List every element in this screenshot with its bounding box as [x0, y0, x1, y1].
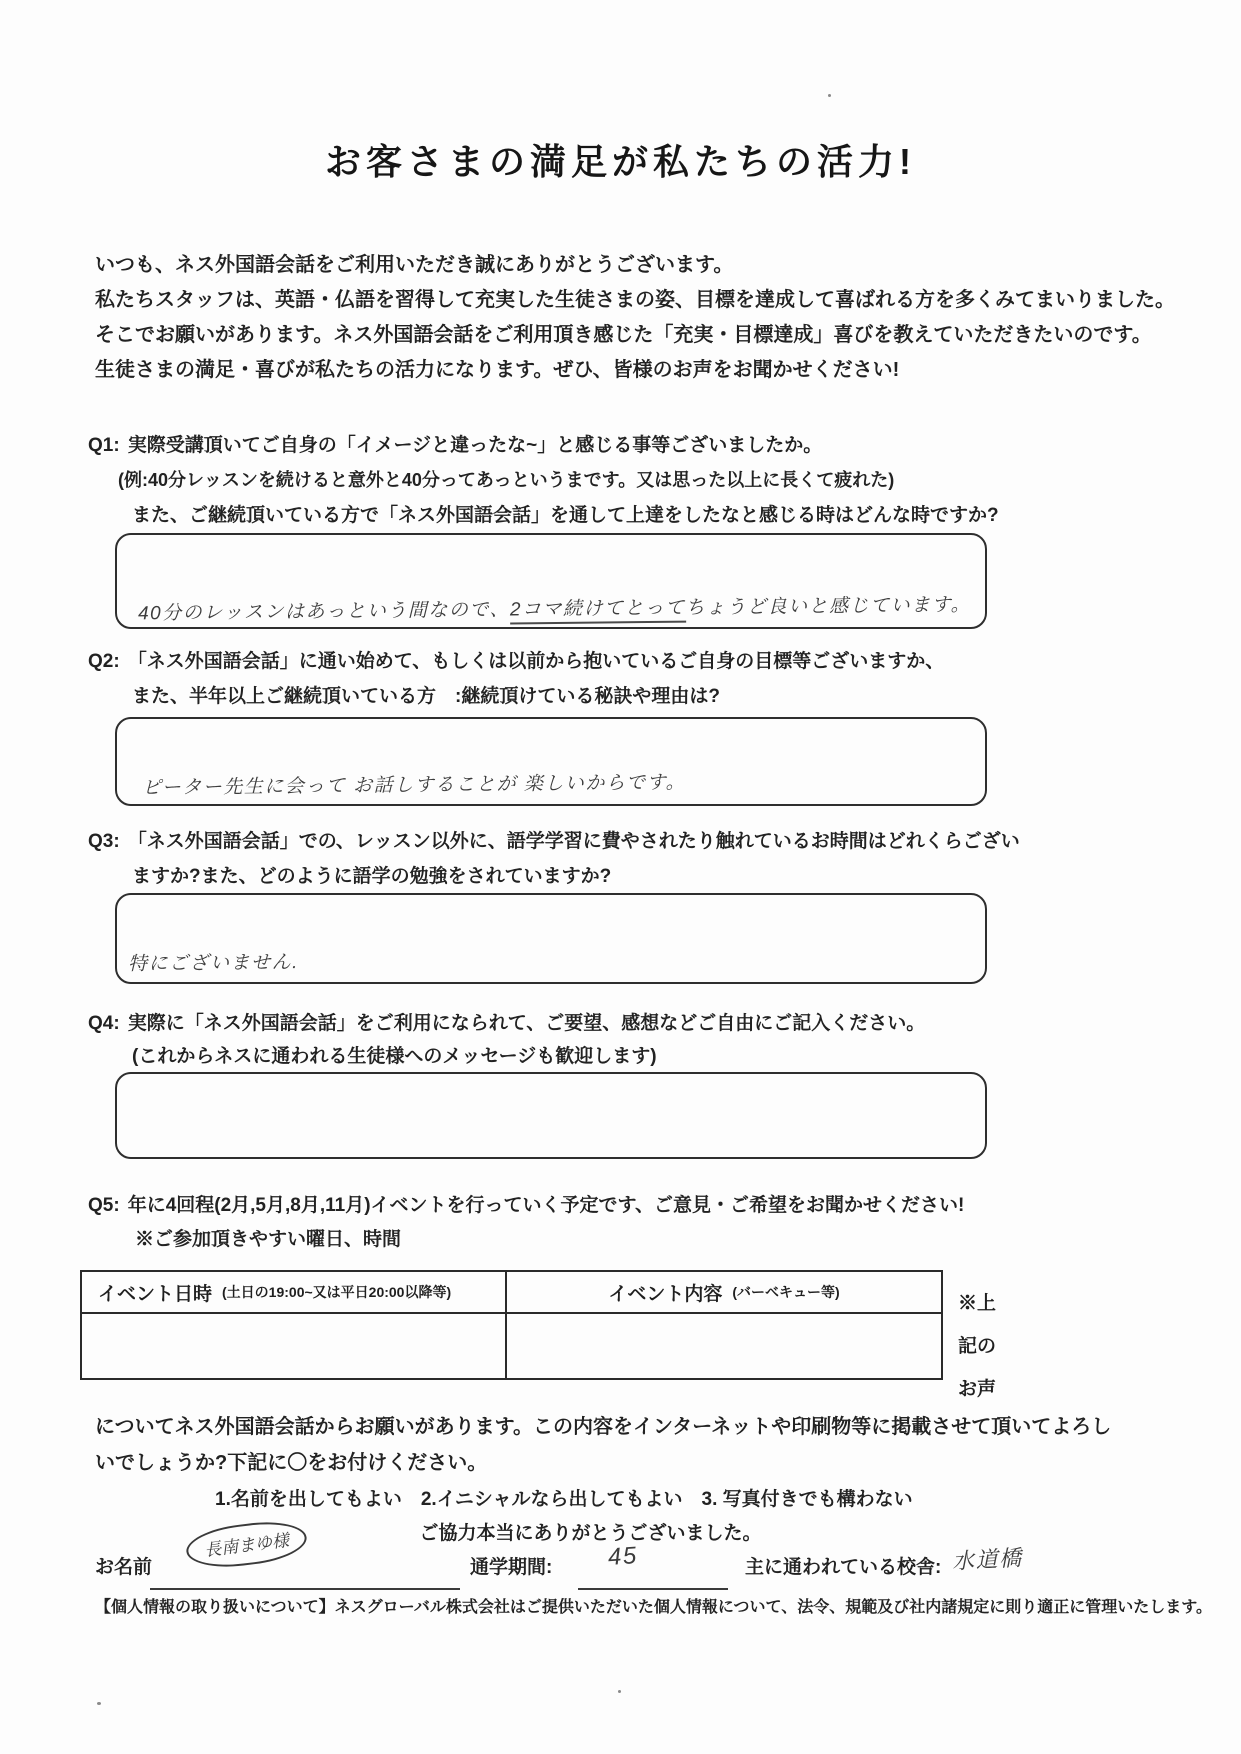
side-note-line-3: お声 [958, 1374, 996, 1401]
event-table-side-note: ※上 記の お声 [958, 1288, 996, 1417]
thanks-line: ご協力本当にありがとうございました。 [0, 1518, 1181, 1545]
q5-label: Q5: [88, 1195, 120, 1216]
event-date-header: イベント日時 [98, 1279, 212, 1306]
scanned-questionnaire: お客さまの満足が私たちの活力! いつも、ネス外国語会話をご利用いただき誠にありが… [0, 0, 1241, 1754]
q4-question-text: 実際に「ネス外国語会話」をご利用になられて、ご要望、感想などご自由にご記入くださ… [128, 1013, 926, 1034]
q4-question-line-2: (これからネスに通われる生徒様へのメッセージも歓迎します) [132, 1041, 657, 1068]
q2-label: Q2: [88, 651, 120, 672]
period-label: 通学期間: [470, 1552, 552, 1579]
q5-question-line-1: Q5:年に4回程(2月,5月,8月,11月)イベントを行っていく予定です、ご意見… [88, 1190, 964, 1217]
q3-answer-handwritten: 特にございません. [128, 947, 299, 976]
school-label: 主に通われている校舎: [745, 1552, 941, 1579]
q1-question-line-3: また、ご継続頂いている方で「ネス外国語会話」を通して上達をしたなと感じる時はどん… [132, 500, 999, 527]
publish-options: 1.名前を出してもよい 2.イニシャルなら出してもよい 3. 写真付きでも構わな… [215, 1484, 913, 1511]
q2-question-text: 「ネス外国語会話」に通い始めて、もしくは以前から抱いているご自身の目標等ございま… [128, 651, 945, 672]
intro-line-4: 生徒さまの満足・喜びが私たちの活力になります。ぜひ、皆様のお声をお聞かせください… [95, 353, 899, 382]
q2-answer-handwritten: ピーター先生に会って お話しすることが 楽しいからです。 [142, 767, 686, 800]
intro-line-1: いつも、ネス外国語会話をご利用いただき誠にありがとうございます。 [95, 248, 733, 277]
scan-speck [828, 94, 831, 97]
q3-question-line-2: ますか?また、どのように語学の勉強をされていますか? [132, 861, 611, 888]
event-table: イベント日時 (土日の19:00~又は平日20:00以降等) イベント内容 (バ… [80, 1270, 943, 1380]
q5-question-line-2: ※ご参加頂きやすい曜日、時間 [135, 1224, 401, 1251]
q2-question-line-2: また、半年以上ご継続頂いている方 :継続頂けている秘訣や理由は? [132, 681, 720, 708]
q4-question-line-1: Q4:実際に「ネス外国語会話」をご利用になられて、ご要望、感想などご自由にご記入… [88, 1008, 925, 1035]
publish-line-2: いでしょうか?下記に〇をお付けください。 [95, 1446, 487, 1475]
scan-speck [618, 1690, 621, 1693]
q1-answer-part-underlined: 2コマ続けてとって [510, 598, 686, 625]
intro-line-2: 私たちスタッフは、英語・仏語を習得して充実した生徒さまの姿、目標を達成して喜ばれ… [95, 283, 1175, 312]
q3-label: Q3: [88, 831, 120, 852]
event-content-blank-cell [507, 1314, 941, 1378]
side-note-line-1: ※上 [958, 1288, 996, 1315]
page-title: お客さまの満足が私たちの活力! [0, 134, 1241, 185]
privacy-note: 【個人情報の取り扱いについて】ネスグローバル株式会社はご提供いただいた個人情報に… [95, 1594, 1212, 1617]
q1-question-text: 実際受講頂いてご自身の「イメージと違ったな~」と感じる事等ございましたか。 [128, 435, 823, 456]
q5-question-text: 年に4回程(2月,5月,8月,11月)イベントを行っていく予定です、ご意見・ご希… [128, 1195, 965, 1216]
event-content-header-cell: イベント内容 (バーベキュー等) [507, 1272, 941, 1314]
event-date-header-cell: イベント日時 (土日の19:00~又は平日20:00以降等) [82, 1272, 507, 1314]
publish-line-1: についてネス外国語会話からお願いがあります。この内容をインターネットや印刷物等に… [95, 1410, 1111, 1439]
q2-question-line-1: Q2:「ネス外国語会話」に通い始めて、もしくは以前から抱いているご自身の目標等ご… [88, 646, 944, 673]
q1-label: Q1: [88, 435, 120, 456]
q1-question-line-1: Q1:実際受講頂いてご自身の「イメージと違ったな~」と感じる事等ございましたか。 [88, 430, 822, 457]
q1-question-line-2: (例:40分レッスンを続けると意外と40分ってあっというまです。又は思った以上に… [118, 466, 894, 492]
event-date-blank-cell [82, 1314, 507, 1378]
name-label: お名前 [95, 1552, 152, 1579]
q1-answer-part-1: 40分のレッスンはあっという間なので、 [138, 599, 510, 624]
scan-speck [97, 1702, 101, 1705]
period-handwritten: 45 [607, 1542, 639, 1572]
school-handwritten: 水道橋 [951, 1541, 1023, 1576]
q3-question-text: 「ネス外国語会話」での、レッスン以外に、語学学習に費やされたり触れているお時間は… [128, 831, 1020, 852]
q3-question-line-1: Q3:「ネス外国語会話」での、レッスン以外に、語学学習に費やされたり触れているお… [88, 826, 1020, 853]
event-content-header-sub: (バーベキュー等) [732, 1282, 839, 1302]
event-date-header-sub: (土日の19:00~又は平日20:00以降等) [222, 1282, 451, 1302]
side-note-line-2: 記の [958, 1331, 996, 1358]
period-underline [578, 1588, 728, 1590]
name-underline [150, 1588, 460, 1590]
intro-line-3: そこでお願いがあります。ネス外国語会話をご利用頂き感じた「充実・目標達成」喜びを… [95, 318, 1152, 347]
q4-answer-box [115, 1072, 987, 1159]
q1-answer-part-2: ちょうど良いと感じています。 [685, 595, 971, 619]
event-content-header: イベント内容 [608, 1279, 722, 1306]
q4-label: Q4: [88, 1013, 120, 1034]
